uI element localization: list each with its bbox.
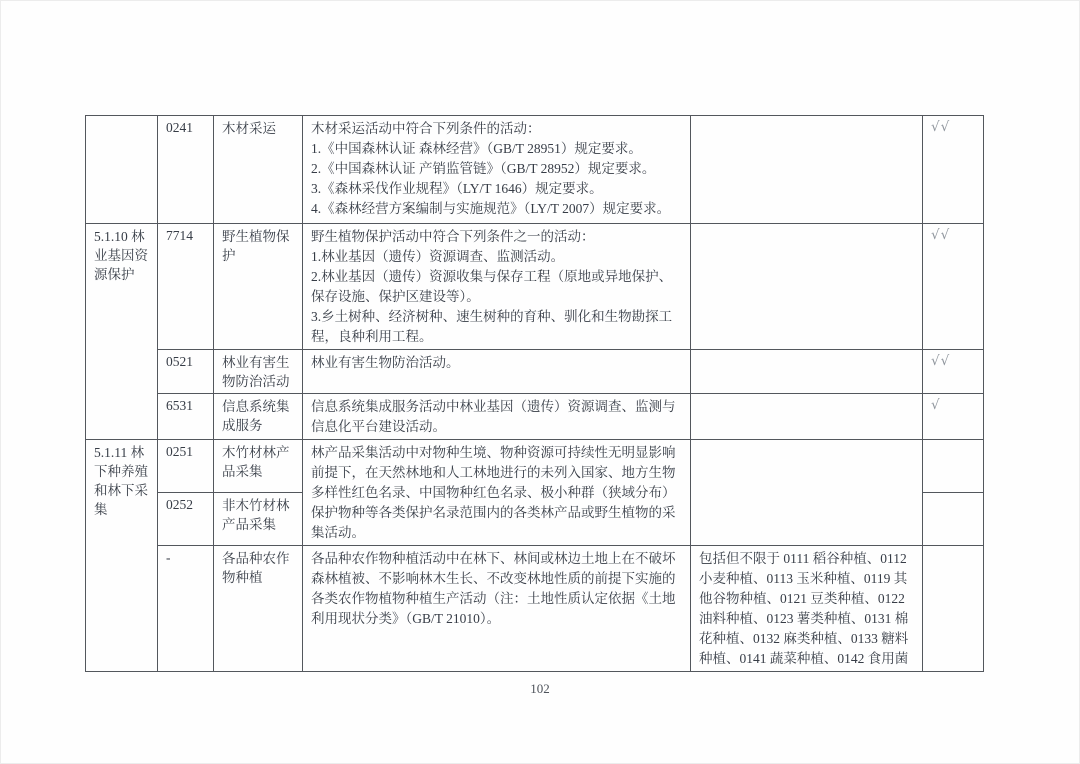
table-row: 5.1.11 林 下种养殖 和林下采 集 0251 木竹材林产 品采集 林产品采…: [86, 440, 984, 493]
code-cell: 7714: [158, 224, 214, 350]
table-row: 6531 信息系统集 成服务 信息系统集成服务活动中林业基因（遗传）资源调查、监…: [86, 394, 984, 440]
activity-name-cell: 信息系统集 成服务: [214, 394, 303, 440]
remarks-cell: [691, 394, 923, 440]
category-cell: 5.1.11 林 下种养殖 和林下采 集: [86, 440, 158, 672]
code-cell: 0252: [158, 493, 214, 546]
certification-mark-cell: √√: [923, 350, 984, 394]
table-row: 0241 木材采运 木材采运活动中符合下列条件的活动： 1.《中国森林认证 森林…: [86, 116, 984, 224]
activity-name-cell: 林业有害生 物防治活动: [214, 350, 303, 394]
description-cell: 木材采运活动中符合下列条件的活动： 1.《中国森林认证 森林经营》（GB/T 2…: [303, 116, 691, 224]
table-row: 0521 林业有害生 物防治活动 林业有害生物防治活动。 √√: [86, 350, 984, 394]
certification-mark-cell: [923, 493, 984, 546]
description-cell: 林产品采集活动中对物种生境、物种资源可持续性无明显影响前提下，在天然林地和人工林…: [303, 440, 691, 546]
code-cell: 6531: [158, 394, 214, 440]
certification-mark-cell: √√: [923, 116, 984, 224]
remarks-cell: [691, 224, 923, 350]
category-cell: [86, 116, 158, 224]
remarks-cell: [691, 440, 923, 546]
remarks-cell: [691, 116, 923, 224]
category-cell: 5.1.10 林 业基因资 源保护: [86, 224, 158, 440]
code-cell: 0521: [158, 350, 214, 394]
table-row: - 各品种农作 物种植 各品种农作物种植活动中在林下、林间或林边土地上在不破坏森…: [86, 546, 984, 672]
activity-name-cell: 木竹材林产 品采集: [214, 440, 303, 493]
description-cell: 信息系统集成服务活动中林业基因（遗传）资源调查、监测与信息化平台建设活动。: [303, 394, 691, 440]
description-cell: 林业有害生物防治活动。: [303, 350, 691, 394]
document-page: 0241 木材采运 木材采运活动中符合下列条件的活动： 1.《中国森林认证 森林…: [0, 0, 1080, 764]
certification-mark-cell: [923, 440, 984, 493]
activity-classification-table: 0241 木材采运 木材采运活动中符合下列条件的活动： 1.《中国森林认证 森林…: [85, 115, 984, 672]
certification-mark-cell: √√: [923, 224, 984, 350]
description-cell: 野生植物保护活动中符合下列条件之一的活动： 1.林业基因（遗传）资源调查、监测活…: [303, 224, 691, 350]
activity-name-cell: 非木竹材林 产品采集: [214, 493, 303, 546]
activity-name-cell: 野生植物保 护: [214, 224, 303, 350]
code-cell: -: [158, 546, 214, 672]
code-cell: 0241: [158, 116, 214, 224]
table-row: 5.1.10 林 业基因资 源保护 7714 野生植物保 护 野生植物保护活动中…: [86, 224, 984, 350]
code-cell: 0251: [158, 440, 214, 493]
page-number: 102: [0, 681, 1080, 697]
certification-mark-cell: [923, 546, 984, 672]
description-cell: 各品种农作物种植活动中在林下、林间或林边土地上在不破坏森林植被、不影响林木生长、…: [303, 546, 691, 672]
certification-mark-cell: √: [923, 394, 984, 440]
activity-name-cell: 各品种农作 物种植: [214, 546, 303, 672]
remarks-cell: 包括但不限于 0111 稻谷种植、0112 小麦种植、0113 玉米种植、011…: [691, 546, 923, 672]
activity-name-cell: 木材采运: [214, 116, 303, 224]
remarks-cell: [691, 350, 923, 394]
